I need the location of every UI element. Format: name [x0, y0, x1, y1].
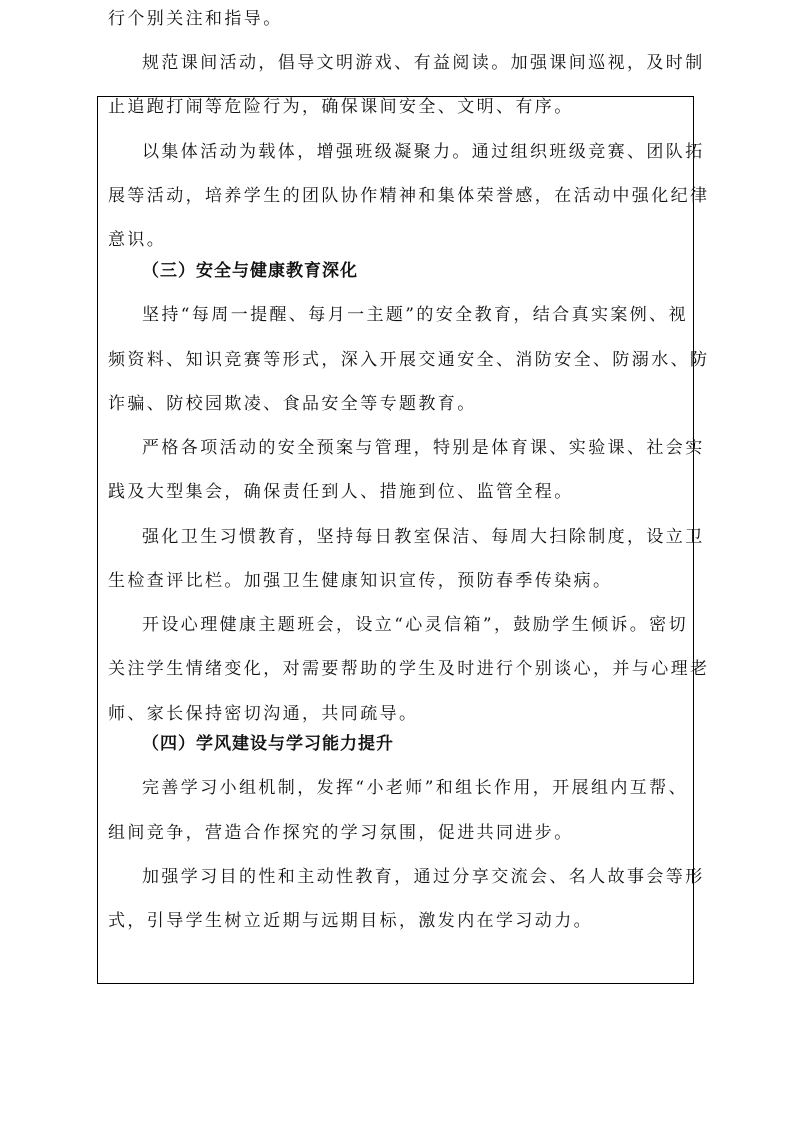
paragraph-line: 生检查评比栏。加强卫生健康知识宣传，预防春季传染病。	[108, 571, 612, 591]
paragraph-line: 坚持“每周一提醒、每月一主题”的安全教育，结合真实案例、视	[142, 305, 688, 325]
paragraph-line: 展等活动，培养学生的团队协作精神和集体荣誉感，在活动中强化纪律	[108, 186, 709, 206]
paragraph-line: 行个别关注和指导。	[108, 9, 283, 29]
paragraph-line: 强化卫生习惯教育，坚持每日教室保洁、每周大扫除制度，设立卫	[142, 527, 705, 547]
paragraph-line: 规范课间活动，倡导文明游戏、有益阅读。加强课间巡视，及时制	[142, 53, 705, 73]
paragraph-line: 组间竞争，营造合作探究的学习氛围，促进共同进步。	[108, 823, 574, 843]
section-heading: （四）学风建设与学习能力提升	[142, 734, 394, 754]
paragraph-line: 师、家长保持密切沟通，共同疏导。	[108, 704, 418, 724]
paragraph-line: 止追跑打闹等危险行为，确保课间安全、文明、有序。	[108, 97, 574, 117]
paragraph-line: 诈骗、防校园欺凌、食品安全等专题教育。	[108, 394, 477, 414]
paragraph-line: 以集体活动为载体，增强班级凝聚力。通过组织班级竞赛、团队拓	[142, 142, 705, 162]
paragraph-line: 式，引导学生树立近期与远期目标，激发内在学习动力。	[108, 911, 593, 931]
paragraph-line: 意识。	[108, 230, 166, 250]
paragraph-line: 频资料、知识竞赛等形式，深入开展交通安全、消防安全、防溺水、防	[108, 350, 709, 370]
paragraph-line: 完善学习小组机制，发挥“小老师”和组长作用，开展组内互帮、	[142, 778, 688, 798]
paragraph-line: 加强学习目的性和主动性教育，通过分享交流会、名人故事会等形	[142, 867, 705, 887]
paragraph-line: 开设心理健康主题班会，设立“心灵信箱”，鼓励学生倾诉。密切	[142, 615, 688, 635]
content-table-cell: 行个别关注和指导。规范课间活动，倡导文明游戏、有益阅读。加强课间巡视，及时制止追…	[97, 96, 694, 984]
paragraph-line: 严格各项活动的安全预案与管理，特别是体育课、实验课、社会实	[142, 438, 705, 458]
paragraph-line: 践及大型集会，确保责任到人、措施到位、监管全程。	[108, 482, 574, 502]
paragraph-line: 关注学生情绪变化，对需要帮助的学生及时进行个别谈心，并与心理老	[108, 659, 709, 679]
section-heading: （三）安全与健康教育深化	[142, 261, 358, 281]
